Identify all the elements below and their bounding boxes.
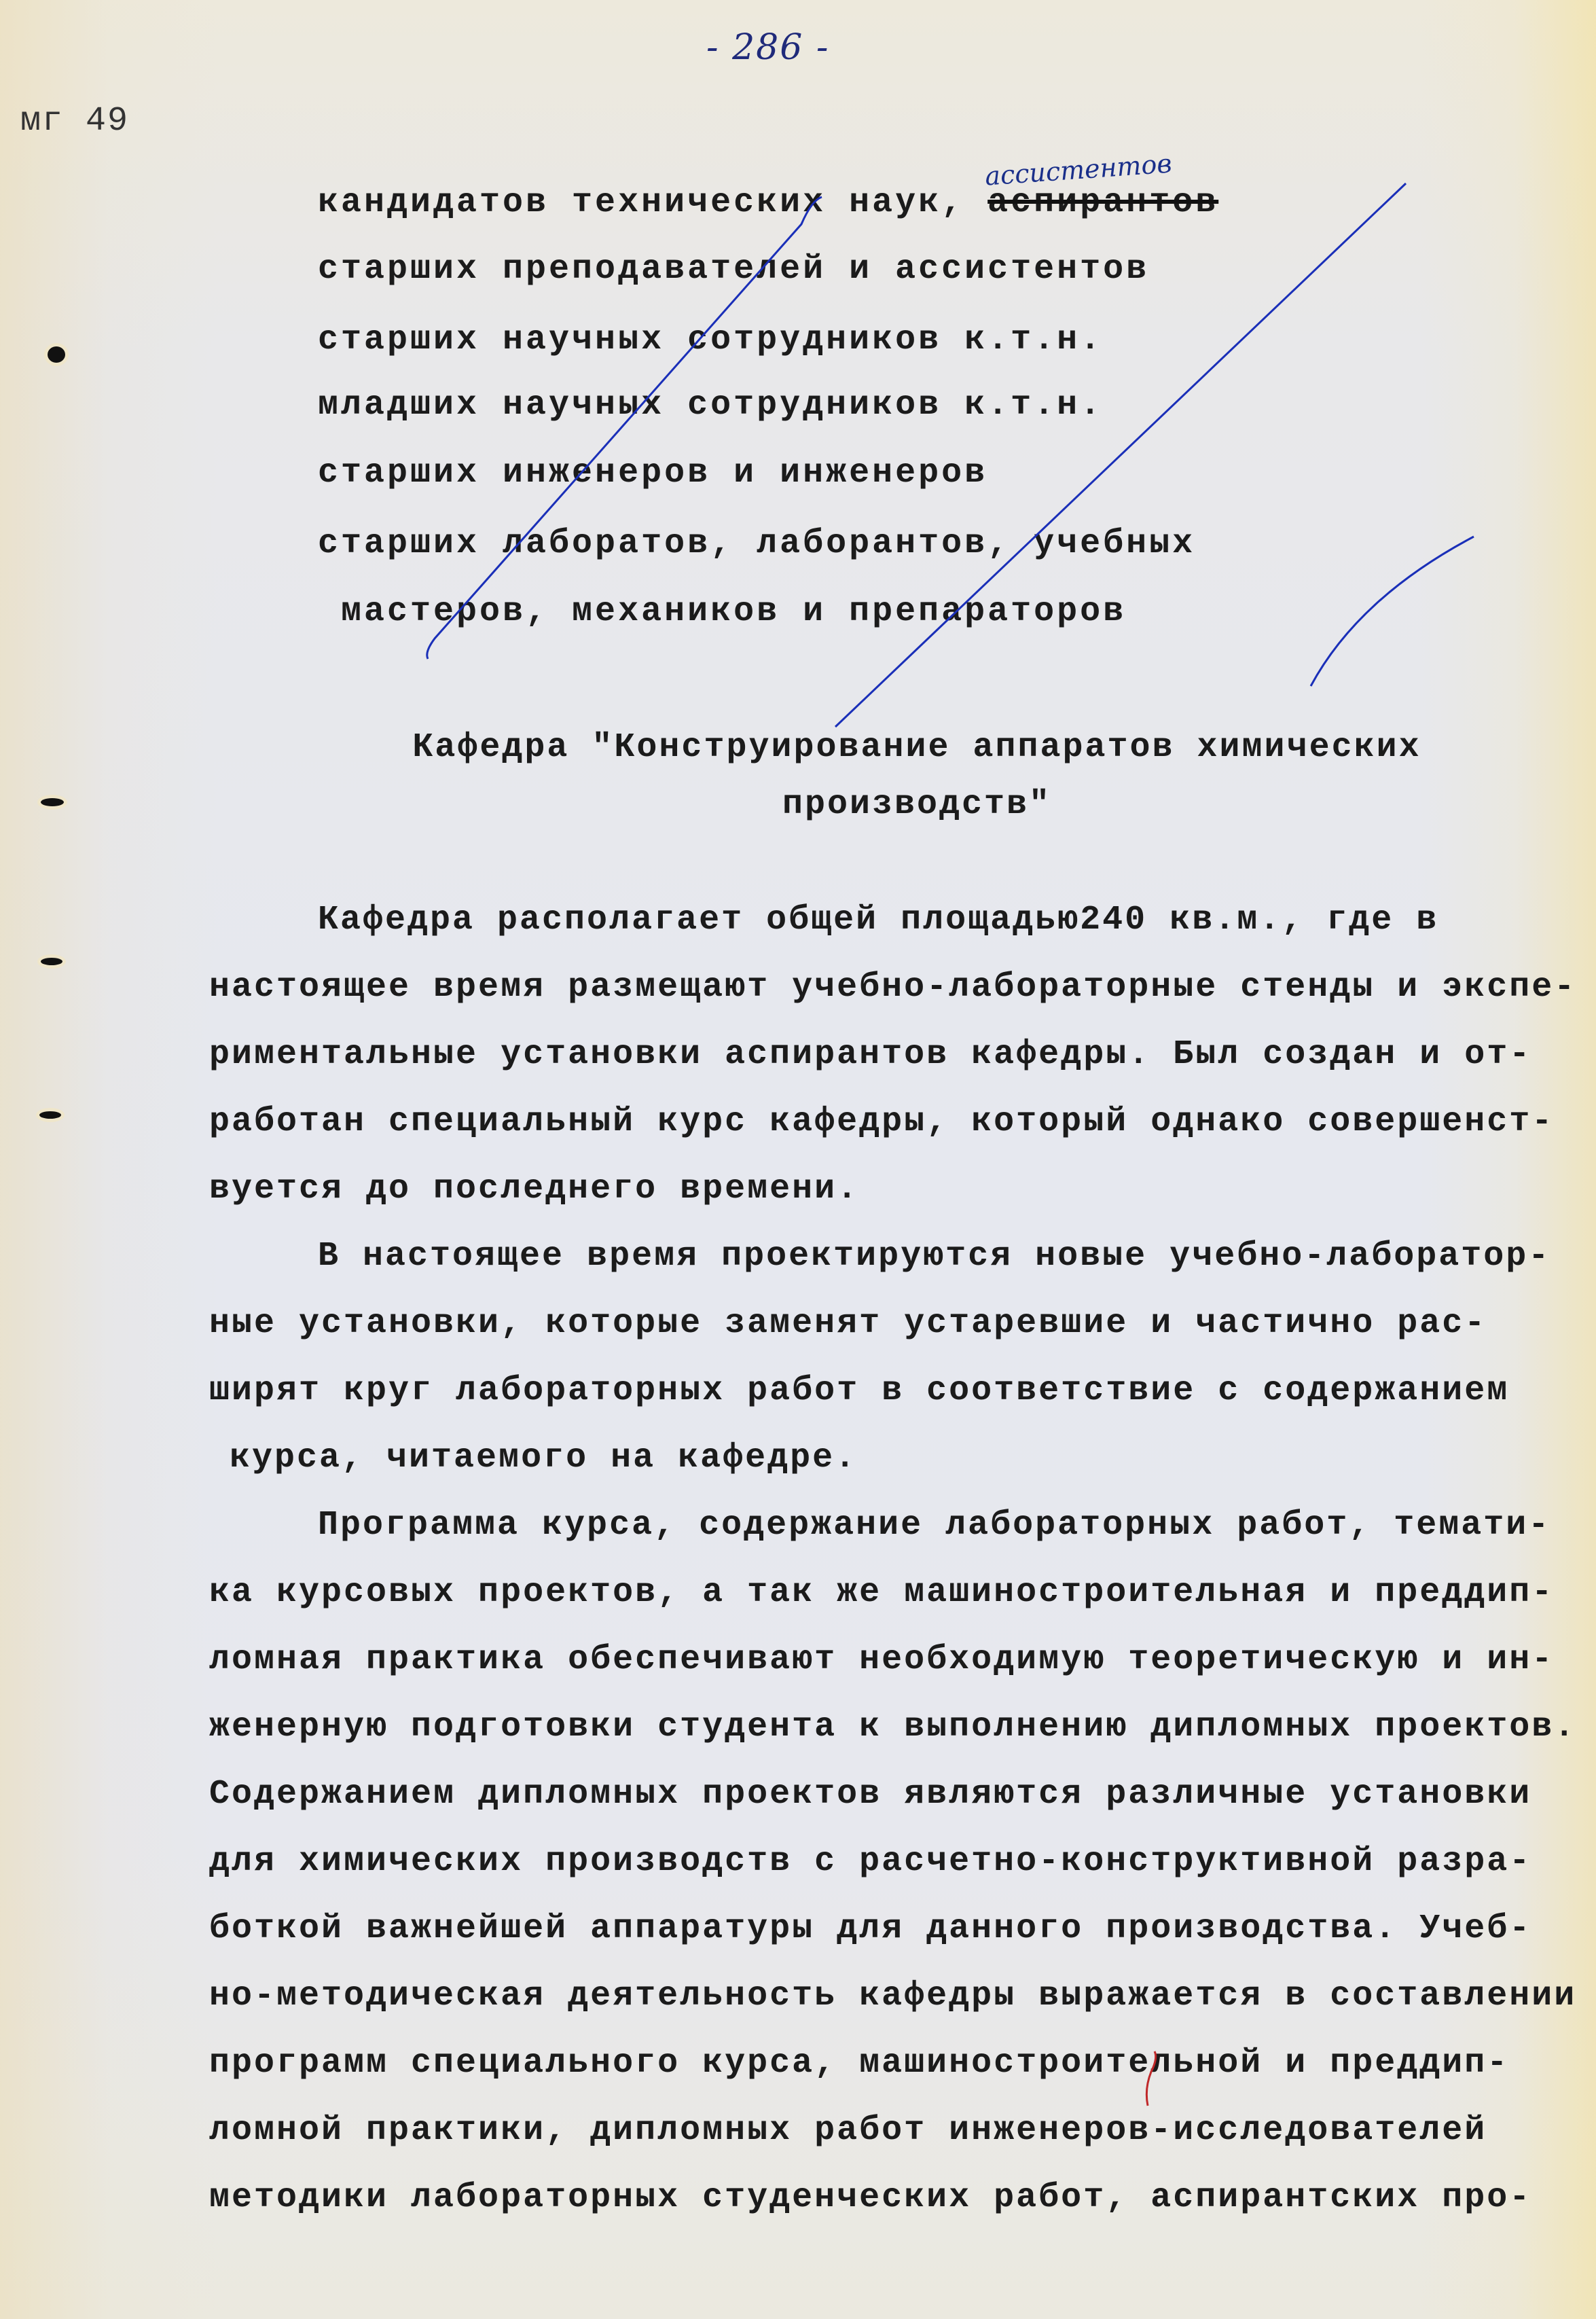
punch-hole [41, 958, 62, 965]
text-line: методики лабораторных студенческих работ… [209, 2164, 1588, 2231]
staff-label: младших научных сотрудников к.т.н. [318, 386, 1103, 425]
text-line: женерную подготовки студента к выполнени… [209, 1693, 1588, 1761]
text-line: риментальные установки аспирантов кафедр… [209, 1021, 1588, 1088]
staff-label: старших лаборатов, лаборантов, учебных [318, 524, 1195, 563]
paragraph: Программа курса, содержание лабораторных… [209, 1492, 1588, 2231]
text-line: ка курсовых проектов, а так же машиностр… [209, 1559, 1588, 1626]
text-line: ломной практики, дипломных работ инженер… [209, 2097, 1588, 2164]
text-line: Программа курса, содержание лабораторных… [209, 1492, 1588, 1559]
text-line: курса, читаемого на кафедре. [209, 1424, 1588, 1492]
punch-hole [39, 1111, 61, 1119]
paragraph: В настоящее время проектируются новые уч… [209, 1223, 1588, 1492]
paragraph: Кафедра располагает общей площадью240 кв… [209, 886, 1588, 1223]
staff-row: старших научных сотрудников к.т.н. 2 [318, 321, 1404, 368]
body-text: Кафедра располагает общей площадью240 кв… [209, 886, 1588, 2231]
staff-row: младших научных сотрудников к.т.н. 8 [318, 386, 1404, 433]
document-page: - 286 - мг 49 кандидатов технических нау… [0, 0, 1596, 2319]
staff-row: старших инженеров и инженеров 11 [318, 454, 1404, 501]
staff-row: старших лаборатов, лаборантов, учебных [318, 524, 1404, 572]
punch-hole [41, 798, 64, 806]
text-line: Кафедра располагает общей площадью240 кв… [209, 886, 1588, 954]
archive-mark: мг 49 [20, 102, 129, 141]
text-line: Содержанием дипломных проектов являются … [209, 1761, 1588, 1828]
text-line: вуется до последнего времени. [209, 1155, 1588, 1223]
staff-label: старших научных сотрудников к.т.н. [318, 321, 1103, 359]
staff-row: кандидатов технических наук, аспирантов … [318, 183, 1404, 231]
staff-label: кандидатов технических наук, аспирантов [318, 183, 1218, 222]
text-line: боткой важнейшей аппаратуры для данного … [209, 1895, 1588, 1962]
page-number: - 286 - [706, 27, 829, 68]
text-line: но-методическая деятельность кафедры выр… [209, 1962, 1588, 2030]
text-line: ширят круг лабораторных работ в соответс… [209, 1357, 1588, 1424]
text-line: программ специального курса, машинострои… [209, 2030, 1588, 2097]
staff-row: мастеров, механиков и препараторов 48 [318, 592, 1404, 640]
text-line: настоящее время размещают учебно-лаборат… [209, 954, 1588, 1021]
staff-label: старших преподавателей и ассистентов [318, 250, 1149, 289]
text-line: В настоящее время проектируются новые уч… [209, 1223, 1588, 1290]
staff-label-text: кандидатов технических наук, [318, 183, 987, 222]
punch-hole [48, 346, 65, 363]
text-line: для химических производств с расчетно-ко… [209, 1828, 1588, 1895]
struck-word: аспирантов [987, 183, 1218, 222]
staff-label: мастеров, механиков и препараторов [318, 592, 1126, 631]
text-line: ломная практика обеспечивают необходимую… [209, 1626, 1588, 1693]
staff-row: старших преподавателей и ассистентов 23 [318, 250, 1404, 298]
text-line: работан специальный курс кафедры, которы… [209, 1088, 1588, 1155]
text-line: ные установки, которые заменят устаревши… [209, 1290, 1588, 1357]
section-title-line-2: производств" [340, 785, 1494, 824]
section-title-line-1: Кафедра "Конструирование аппаратов химич… [340, 728, 1494, 767]
staff-label: старших инженеров и инженеров [318, 454, 987, 492]
